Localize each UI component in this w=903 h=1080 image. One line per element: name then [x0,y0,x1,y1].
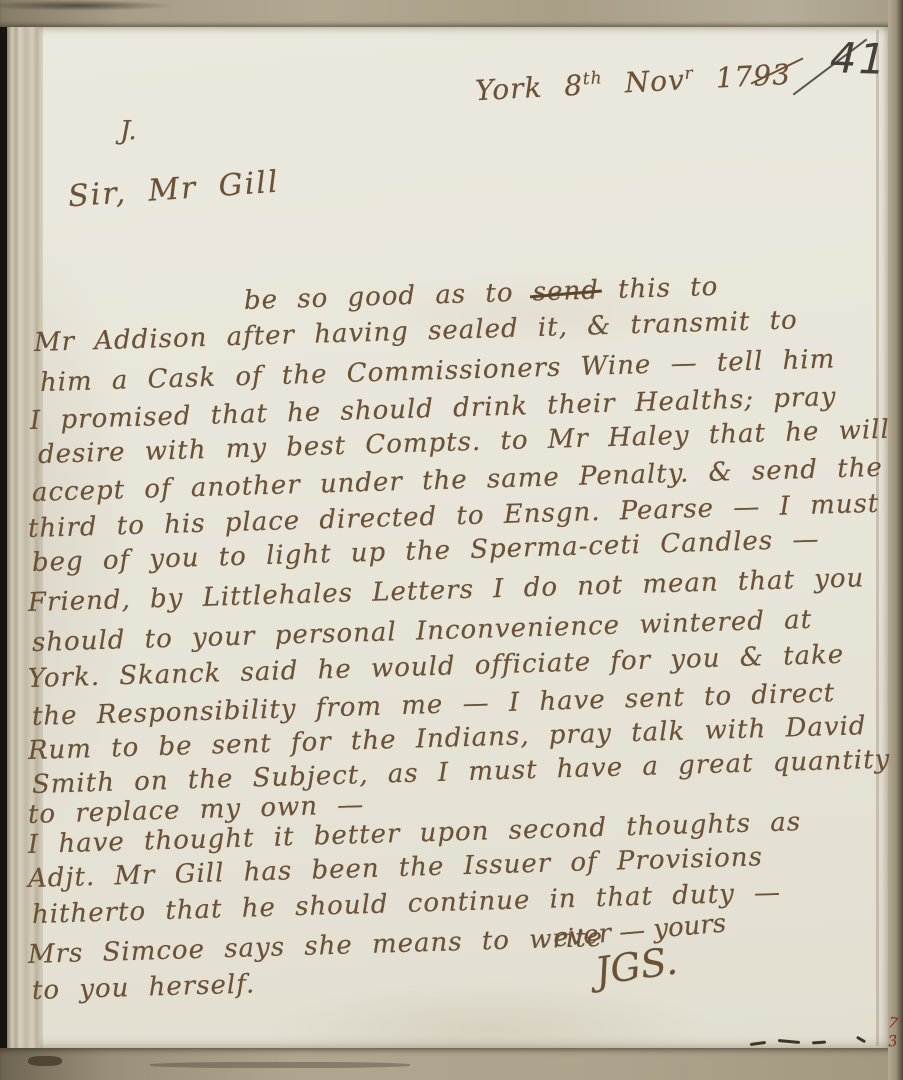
edge-smudge [28,1056,62,1066]
dateline-month-suffix: r [684,64,694,84]
page-number: 41 [829,33,888,84]
dateline-month: Nov [624,63,686,99]
dateline-day: 8 [563,69,584,103]
edge-ink-mark: 3 [887,1032,898,1051]
struck-word: send [532,275,599,307]
manuscript-scan: 41 York 8th Novr 1793 J. Sir, Mr Gill be… [0,0,903,1080]
paper-fold-crease [876,30,879,1046]
edge-smudge [150,1062,410,1068]
dateline-day-suffix: th [582,68,603,89]
page-edge-top [0,0,903,27]
dateline-place: York [474,71,543,107]
dateline-year: 1793 [715,58,792,95]
docket-mark: J. [120,116,137,146]
page-edge-bottom [0,1048,903,1080]
line-text: this to [598,272,718,306]
page-edge-right [888,0,903,1080]
